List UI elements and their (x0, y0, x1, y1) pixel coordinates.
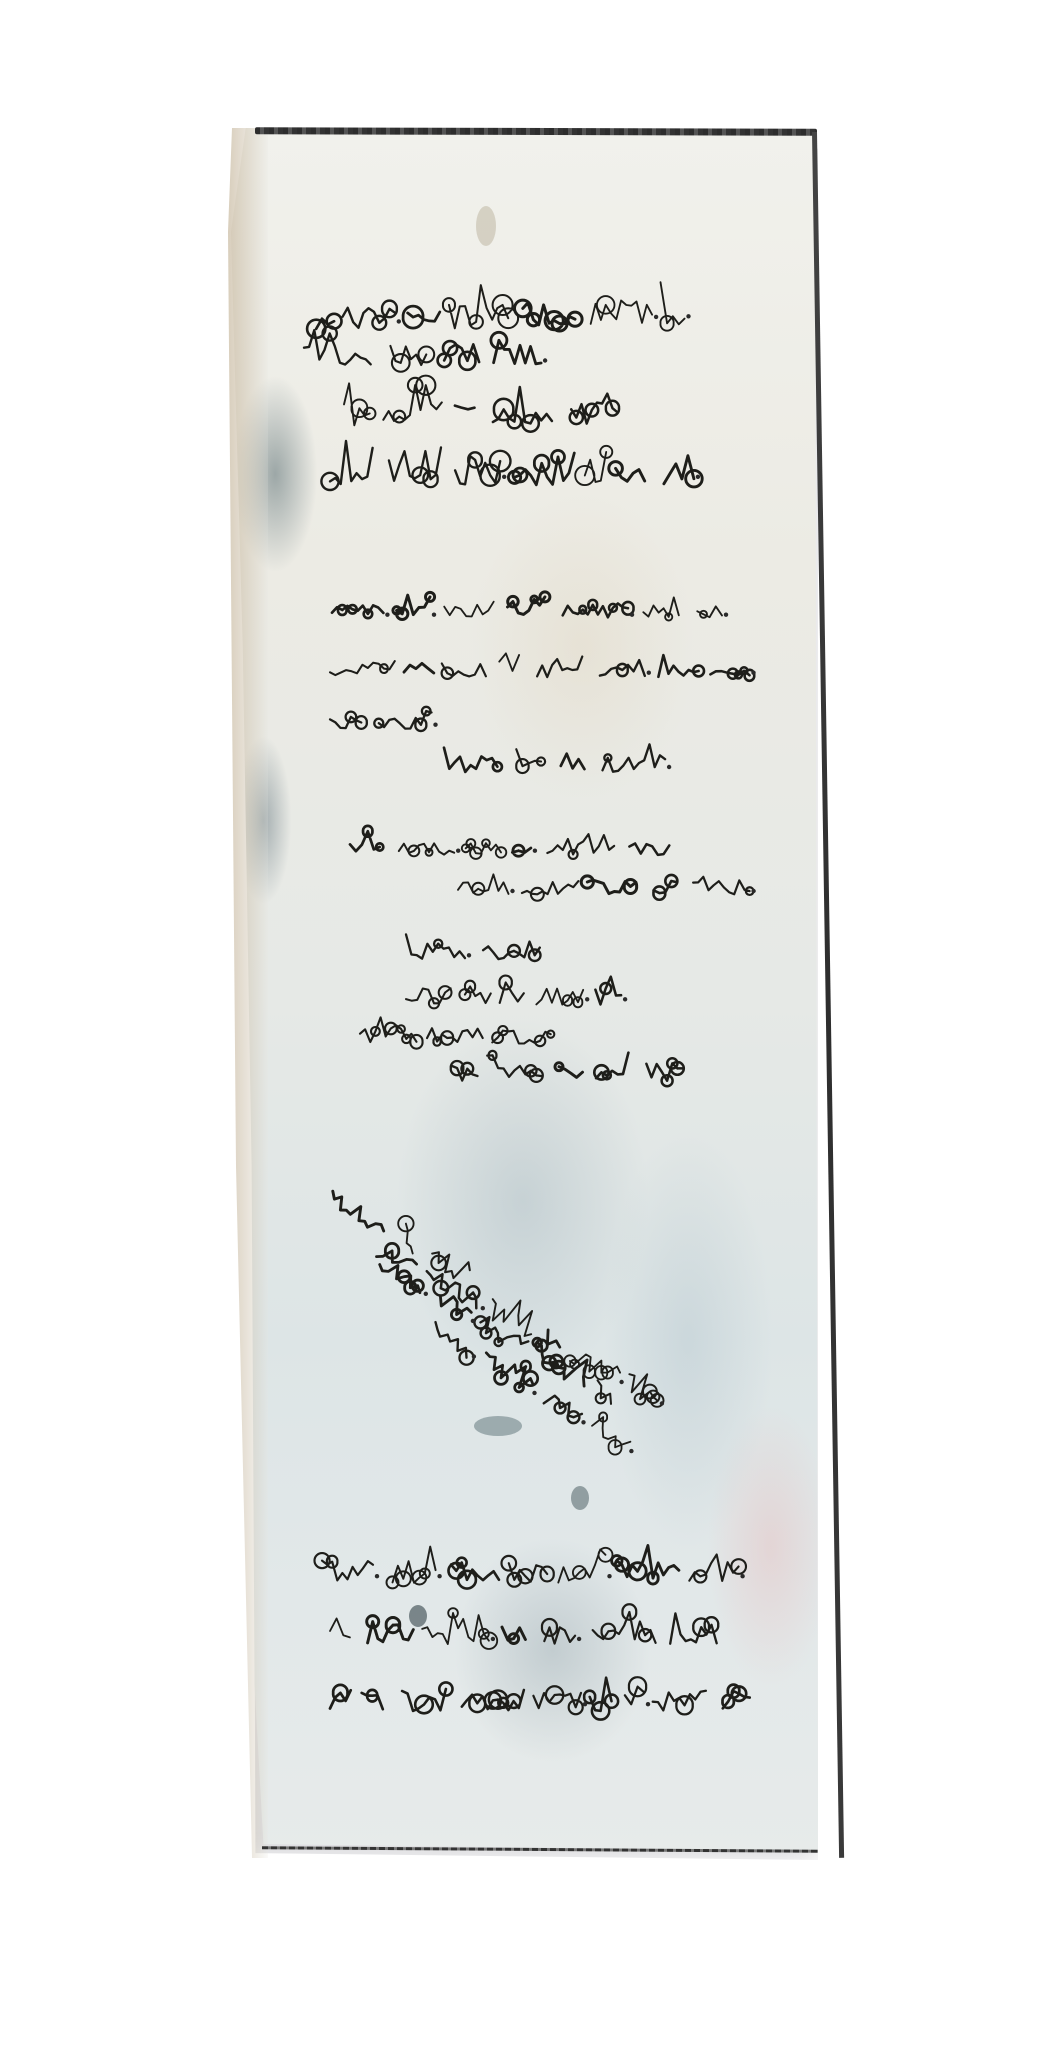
wax-panel (228, 128, 818, 1858)
panel-rough-left-edge (228, 128, 268, 1858)
panel-top-border (255, 127, 817, 135)
